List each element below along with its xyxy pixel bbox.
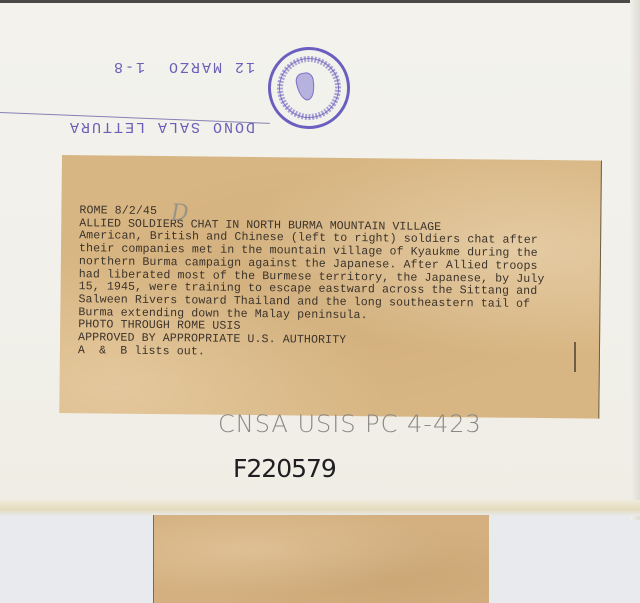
caption-text: ROME 8/2/45ALLIED SOLDIERS CHAT IN NORTH… <box>78 205 545 362</box>
caption-slip: ROME 8/2/45ALLIED SOLDIERS CHAT IN NORTH… <box>59 155 602 419</box>
sheet-edge <box>630 0 640 520</box>
library-stamp-line-2: 12 MARZO 1-8 <box>30 56 255 76</box>
paper-strip-bottom <box>153 515 489 603</box>
pencil-mark-d: D <box>171 201 189 226</box>
library-stamp-line-1: DONO SALA LETTURA <box>30 116 255 136</box>
handwritten-archive-ref: CNSA USIS PC 4-423 <box>218 410 482 438</box>
handwritten-inventory-number: F220579 <box>233 454 336 483</box>
sheet-bottom-edge <box>0 500 640 516</box>
pencil-stroke <box>574 342 576 372</box>
